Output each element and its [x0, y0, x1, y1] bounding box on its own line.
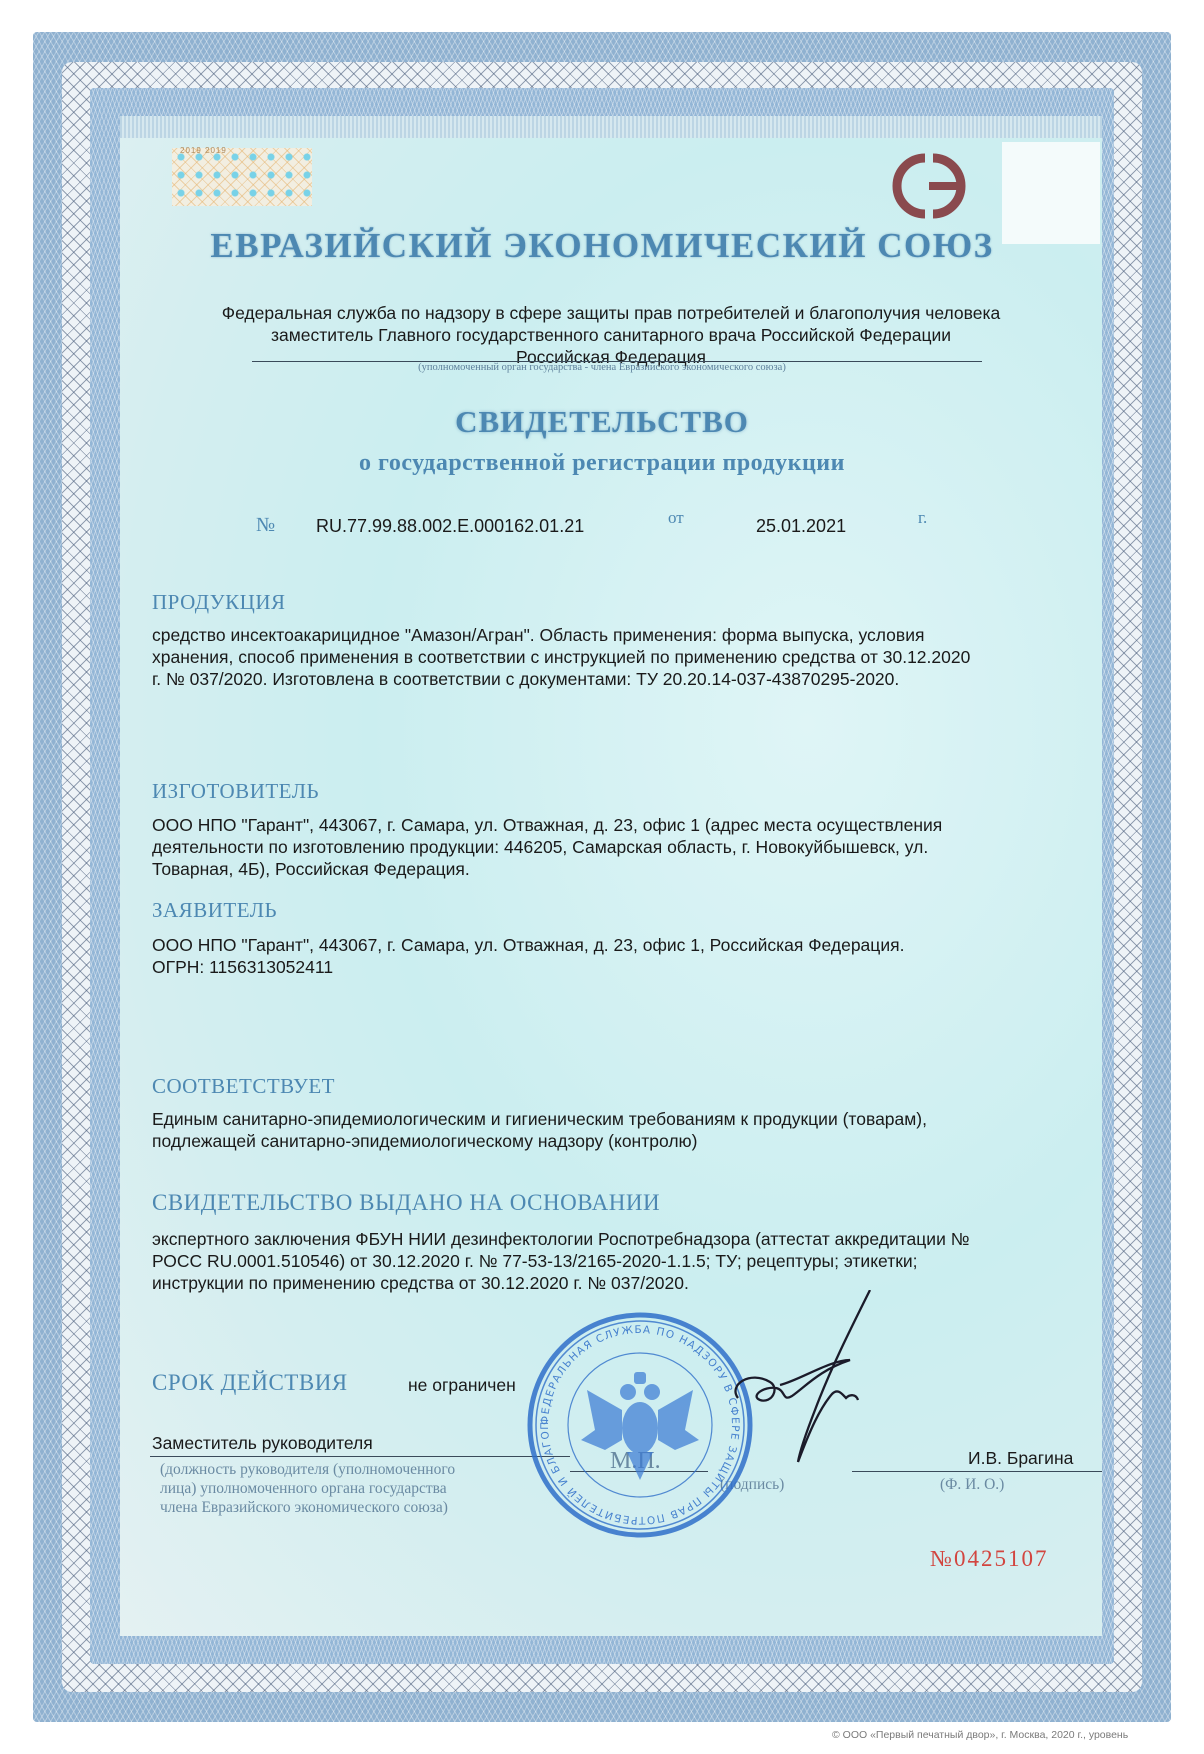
authority-line: Федеральная служба по надзору в сфере за… — [120, 302, 1102, 324]
signatory-position: Заместитель руководителя — [152, 1432, 373, 1454]
ogrn: ОГРН: 1156313052411 — [152, 956, 1122, 978]
text-line: ООО НПО "Гарант", 443067, г. Самара, ул.… — [152, 814, 1122, 836]
caption-line: (должность руководителя (уполномоченного — [160, 1460, 455, 1479]
caption-line: лица) уполномоченного органа государства — [160, 1479, 455, 1498]
eaeu-logo-icon — [877, 146, 981, 226]
printer-imprint: © ООО «Первый печатный двор», г. Москва,… — [832, 1729, 1128, 1741]
text-line: Единым санитарно-эпидемиологическим и ги… — [152, 1108, 1122, 1130]
date-label: от — [668, 508, 684, 528]
product-description: средство инсектоакарицидное "Амазон/Агра… — [152, 624, 1122, 690]
conforms-details: Единым санитарно-эпидемиологическим и ги… — [152, 1108, 1122, 1152]
text-line: ООО НПО "Гарант", 443067, г. Самара, ул.… — [152, 934, 1122, 956]
validity-value: не ограничен — [408, 1374, 516, 1396]
name-rule — [852, 1471, 1102, 1472]
text-line: РОСС RU.0001.510546) от 30.12.2020 г. № … — [152, 1250, 1122, 1272]
union-title: ЕВРАЗИЙСКИЙ ЭКОНОМИЧЕСКИЙ СОЮЗ — [0, 226, 1204, 266]
year-suffix: г. — [918, 508, 927, 528]
text-line: деятельности по изготовлению продукции: … — [152, 836, 1122, 858]
validity-heading: СРОК ДЕЙСТВИЯ — [152, 1370, 348, 1396]
text-line: Товарная, 4Б), Российская Федерация. — [152, 858, 1122, 880]
text-line: экспертного заключения ФБУН НИИ дезинфек… — [152, 1228, 1122, 1250]
registration-number: RU.77.99.88.002.Е.000162.01.21 — [316, 516, 584, 537]
blank-serial-number: №0425107 — [930, 1546, 1048, 1572]
caption-line: члена Евразийского экономического союза) — [160, 1498, 455, 1517]
position-caption: (должность руководителя (уполномоченного… — [160, 1460, 455, 1517]
basis-details: экспертного заключения ФБУН НИИ дезинфек… — [152, 1228, 1122, 1294]
basis-heading: СВИДЕТЕЛЬСТВО ВЫДАНО НА ОСНОВАНИИ — [152, 1190, 660, 1216]
hologram-icon — [172, 148, 312, 206]
manufacturer-details: ООО НПО "Гарант", 443067, г. Самара, ул.… — [152, 814, 1122, 880]
position-rule — [150, 1456, 570, 1457]
certificate-title: СВИДЕТЕЛЬСТВО — [0, 404, 1204, 440]
microprint-strip — [120, 116, 1102, 138]
issuing-authority: Федеральная служба по надзору в сфере за… — [120, 302, 1102, 368]
manufacturer-heading: ИЗГОТОВИТЕЛЬ — [152, 779, 319, 804]
text-line: подлежащей санитарно-эпидемиологическому… — [152, 1130, 1122, 1152]
text-line: хранения, способ применения в соответств… — [152, 646, 1122, 668]
registration-date: 25.01.2021 — [756, 516, 846, 537]
authority-line: заместитель Главного государственного са… — [120, 324, 1102, 346]
text-line: инструкции по применению средства от 30.… — [152, 1272, 1122, 1294]
product-heading: ПРОДУКЦИЯ — [152, 590, 286, 615]
authority-caption: (уполномоченный орган государства - член… — [0, 362, 1204, 373]
certificate-subtitle: о государственной регистрации продукции — [0, 450, 1204, 477]
signatory-name: И.В. Брагина — [968, 1447, 1073, 1469]
conforms-heading: СООТВЕТСТВУЕТ — [152, 1074, 335, 1099]
text-line: г. № 037/2020. Изготовлена в соответстви… — [152, 668, 1122, 690]
name-caption: (Ф. И. О.) — [940, 1475, 1004, 1494]
applicant-details: ООО НПО "Гарант", 443067, г. Самара, ул.… — [152, 934, 1122, 978]
number-label: № — [256, 514, 275, 537]
text-line: средство инсектоакарицидное "Амазон/Агра… — [152, 624, 1122, 646]
hologram-year: 2019 2019 — [180, 146, 227, 155]
applicant-heading: ЗАЯВИТЕЛЬ — [152, 898, 277, 923]
signature-icon — [720, 1290, 880, 1470]
